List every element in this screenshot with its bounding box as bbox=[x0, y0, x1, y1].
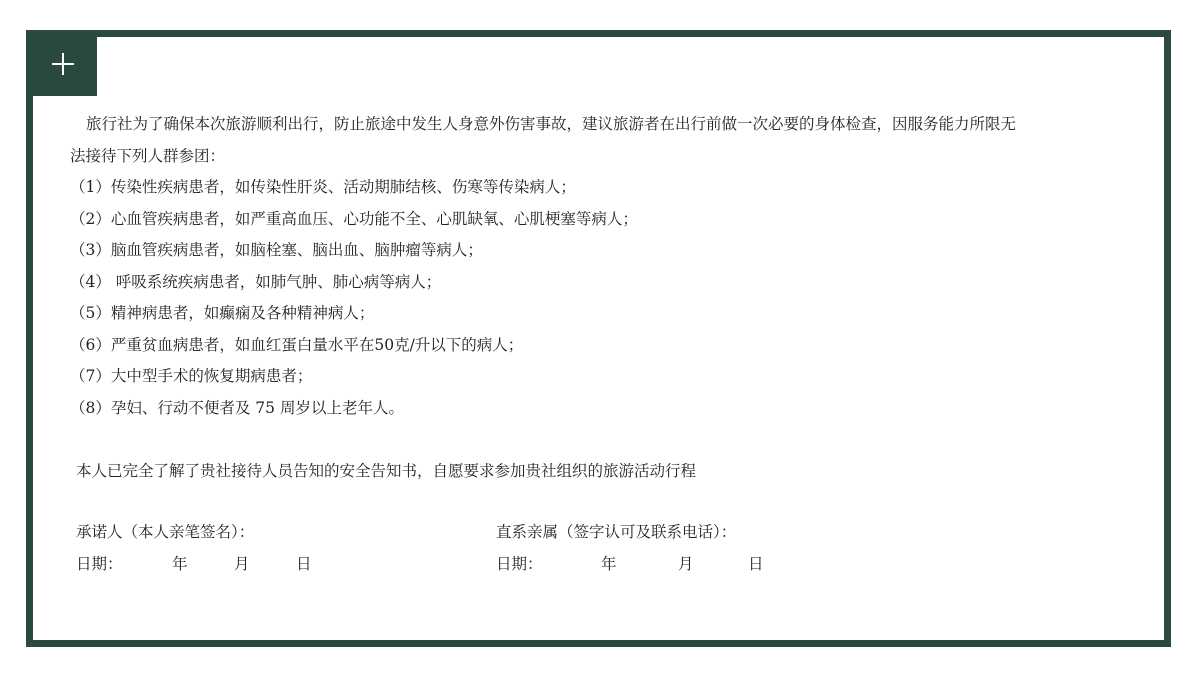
list-item: （5）精神病患者，如癫痫及各种精神病人； bbox=[70, 298, 1148, 330]
signature-left-date: 日期： 年 月 日 bbox=[76, 552, 312, 574]
intro-line-2: 法接待下列人群参团： bbox=[70, 141, 1148, 173]
list-item: （4） 呼吸系统疾病患者，如肺气肿、肺心病等病人； bbox=[70, 267, 1148, 299]
list-item: （6）严重贫血病患者，如血红蛋白量水平在50克/升以下的病人； bbox=[70, 330, 1148, 362]
day-label: 日 bbox=[296, 552, 312, 574]
signature-left-label: 承诺人（本人亲笔签名）： bbox=[76, 520, 254, 542]
list-item: （2）心血管疾病患者，如严重高血压、心功能不全、心肌缺氧、心肌梗塞等病人； bbox=[70, 204, 1148, 236]
list-item: （7）大中型手术的恢复期病患者； bbox=[70, 361, 1148, 393]
list-item: （8）孕妇、行动不便者及 75 周岁以上老年人。 bbox=[70, 393, 1148, 425]
year-label: 年 bbox=[601, 552, 678, 574]
month-label: 月 bbox=[678, 552, 748, 574]
declaration: 本人已完全了解了贵社接待人员告知的安全告知书，自愿要求参加贵社组织的旅游活动行程 bbox=[76, 456, 1148, 488]
date-label: 日期： bbox=[76, 552, 172, 574]
list-item: （3）脑血管疾病患者，如脑栓塞、脑出血、脑肿瘤等病人； bbox=[70, 235, 1148, 267]
notice-body: 旅行社为了确保本次旅游顺利出行，防止旅途中发生人身意外伤害事故，建议旅游者在出行… bbox=[78, 109, 1148, 487]
list-item: （1）传染性疾病患者，如传染性肝炎、活动期肺结核、伤寒等传染病人； bbox=[70, 172, 1148, 204]
year-label: 年 bbox=[172, 552, 234, 574]
signature-right-date: 日期： 年 月 日 bbox=[496, 552, 764, 574]
date-label: 日期： bbox=[496, 552, 601, 574]
month-label: 月 bbox=[234, 552, 296, 574]
day-label: 日 bbox=[748, 552, 764, 574]
plus-icon bbox=[52, 53, 74, 75]
intro-line-1: 旅行社为了确保本次旅游顺利出行，防止旅途中发生人身意外伤害事故，建议旅游者在出行… bbox=[78, 109, 1148, 141]
signature-right-label: 直系亲属（签字认可及联系电话）： bbox=[496, 520, 736, 542]
